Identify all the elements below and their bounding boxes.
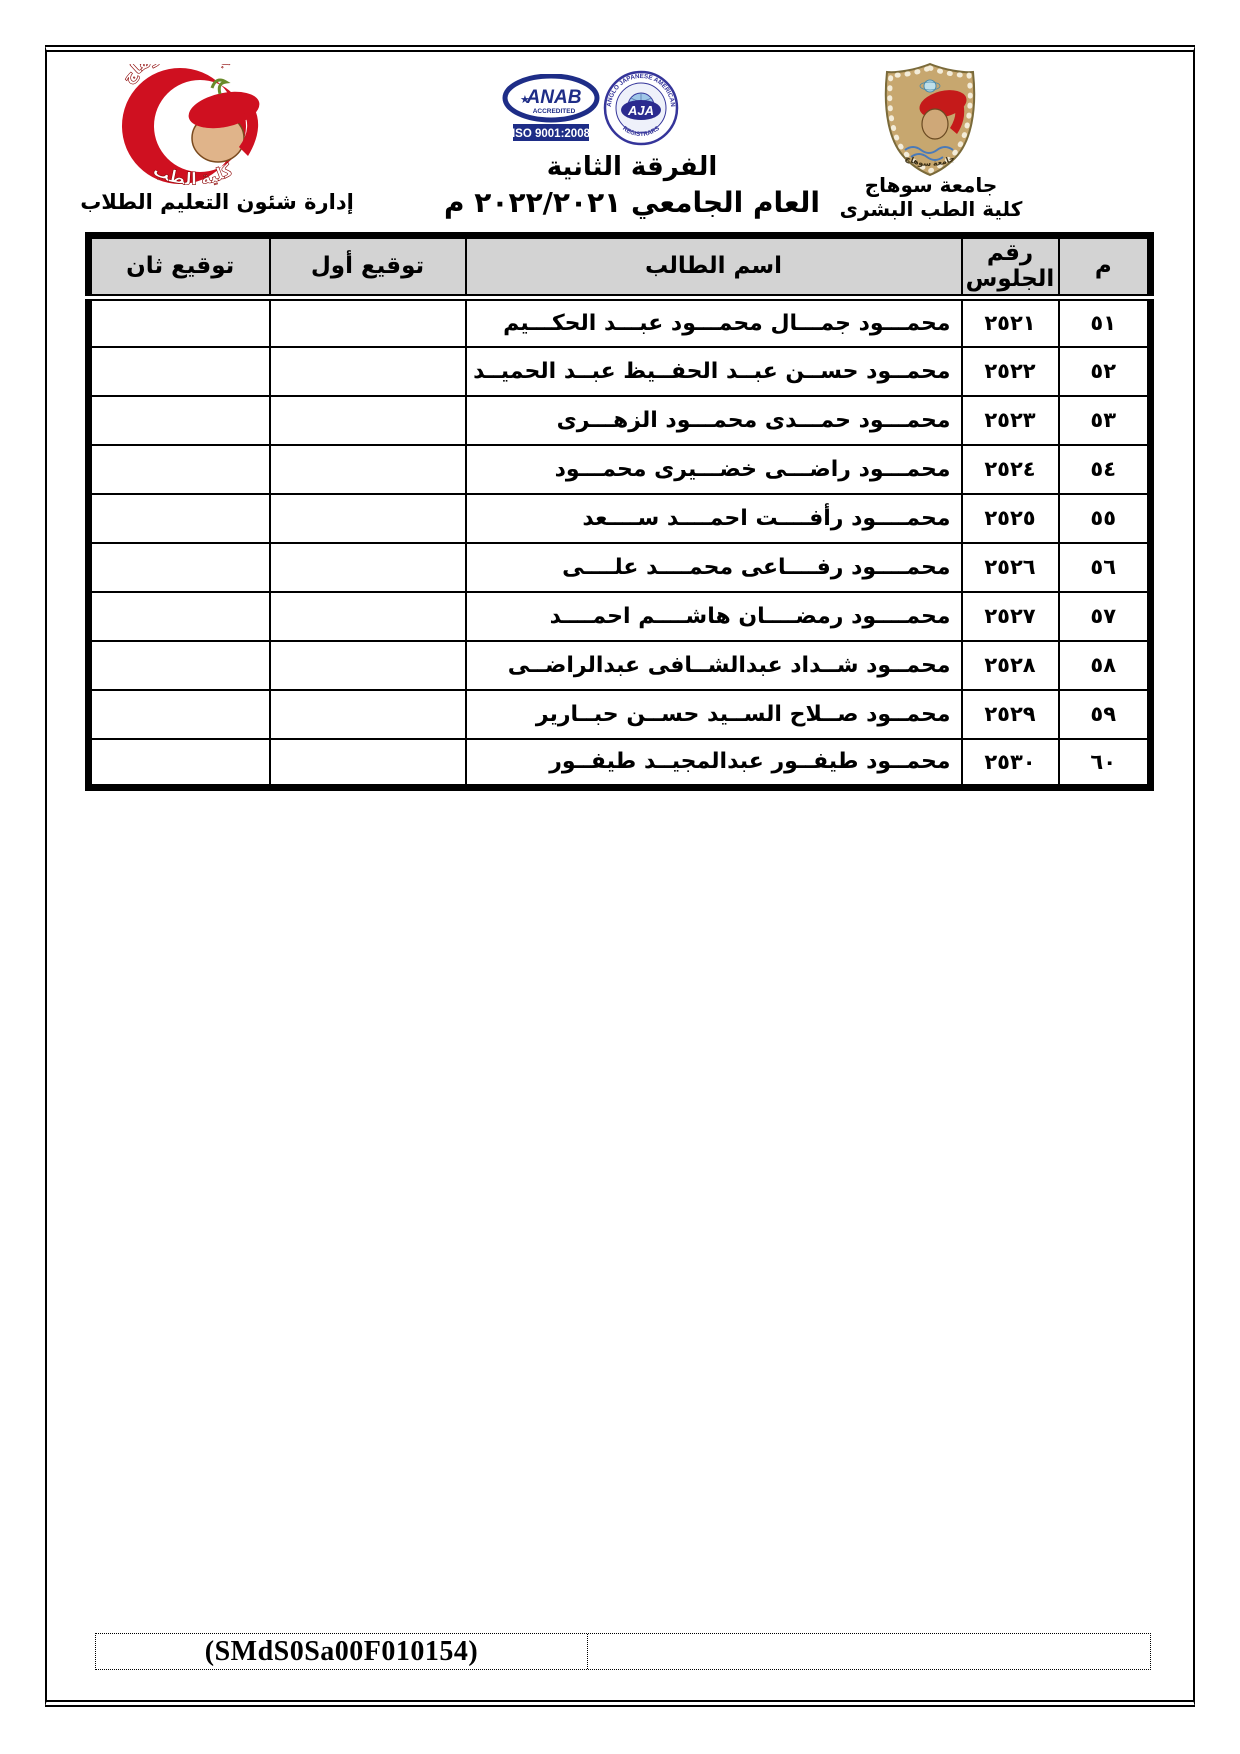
seat-number-cell: ٢٥٢٩ bbox=[962, 690, 1059, 739]
table-row: ٥٣ ٢٥٢٣ محمـــود حمـــدى محمـــود الزهــ… bbox=[89, 396, 1151, 445]
second-signature-cell bbox=[89, 690, 270, 739]
serial-cell: ٥٣ bbox=[1059, 396, 1151, 445]
student-name-cell: محمــــود رمضــــان هاشــــم احمــــد bbox=[466, 592, 962, 641]
first-signature-cell bbox=[270, 641, 466, 690]
table-row: ٥٤ ٢٥٢٤ محمـــود راضـــى خضـــيرى محمـــ… bbox=[89, 445, 1151, 494]
crescent-logo-bottom-text: كلية الطب bbox=[150, 160, 236, 188]
seat-number-cell: ٢٥٢٣ bbox=[962, 396, 1059, 445]
second-signature-cell bbox=[89, 592, 270, 641]
seat-number-cell: ٢٥٢٥ bbox=[962, 494, 1059, 543]
iso-text: ISO 9001:2008 bbox=[512, 128, 591, 140]
second-signature-cell bbox=[89, 298, 270, 347]
second-signature-cell bbox=[89, 494, 270, 543]
seat-number-cell: ٢٥٢٨ bbox=[962, 641, 1059, 690]
col-header-first-signature: توقيع أول bbox=[270, 236, 466, 298]
seat-number-cell: ٢٥٢٢ bbox=[962, 347, 1059, 396]
table-row: ٥٥ ٢٥٢٥ محمــــود رأفــــت احمــــد ســـ… bbox=[89, 494, 1151, 543]
col-header-student-name: اسم الطالب bbox=[466, 236, 962, 298]
seat-number-cell: ٢٥٣٠ bbox=[962, 739, 1059, 788]
serial-cell: ٥٨ bbox=[1059, 641, 1151, 690]
col-header-second-signature: توقيع ثان bbox=[89, 236, 270, 298]
student-name-cell: محمــود حســن عبــد الحفــيظ عبــد الحمي… bbox=[466, 347, 962, 396]
students-table: م رقم الجلوس اسم الطالب توقيع أول توقيع … bbox=[85, 232, 1154, 791]
second-signature-cell bbox=[89, 641, 270, 690]
student-name-cell: محمــــود رفــــاعى محمــــد علــــى bbox=[466, 543, 962, 592]
serial-cell: ٦٠ bbox=[1059, 739, 1151, 788]
table-row: ٦٠ ٢٥٣٠ محمــود طيفــور عبدالمجيــد طيفـ… bbox=[89, 739, 1151, 788]
second-signature-cell bbox=[89, 347, 270, 396]
table-row: ٥٦ ٢٥٢٦ محمــــود رفــــاعى محمــــد علـ… bbox=[89, 543, 1151, 592]
table-header-row: م رقم الجلوس اسم الطالب توقيع أول توقيع … bbox=[89, 236, 1151, 298]
university-name: جامعة سوهاج bbox=[825, 174, 1037, 196]
student-name-cell: محمــود طيفــور عبدالمجيــد طيفــور bbox=[466, 739, 962, 788]
first-signature-cell bbox=[270, 739, 466, 788]
first-signature-cell bbox=[270, 494, 466, 543]
second-signature-cell bbox=[89, 445, 270, 494]
second-signature-cell bbox=[89, 396, 270, 445]
serial-cell: ٥٧ bbox=[1059, 592, 1151, 641]
first-signature-cell bbox=[270, 592, 466, 641]
first-signature-cell bbox=[270, 298, 466, 347]
footer-code-box: (SMdS0Sa00F010154) bbox=[95, 1633, 1151, 1670]
seat-number-cell: ٢٥٢٧ bbox=[962, 592, 1059, 641]
academic-year-title: العام الجامعي ٢٠٢٢/٢٠٢١ م bbox=[442, 186, 822, 219]
faculty-name: كلية الطب البشرى bbox=[825, 198, 1037, 220]
second-signature-cell bbox=[89, 543, 270, 592]
student-name-cell: محمـــود حمـــدى محمـــود الزهـــرى bbox=[466, 396, 962, 445]
seat-number-cell: ٢٥٢٦ bbox=[962, 543, 1059, 592]
first-signature-cell bbox=[270, 347, 466, 396]
student-name-cell: محمــــود رأفــــت احمــــد ســــعد bbox=[466, 494, 962, 543]
anab-logo: ★ ANAB ACCREDITED ISO 9001:2008 bbox=[502, 74, 600, 144]
second-signature-cell bbox=[89, 739, 270, 788]
seat-number-cell: ٢٥٢٤ bbox=[962, 445, 1059, 494]
first-signature-cell bbox=[270, 690, 466, 739]
student-name-cell: محمـــود راضـــى خضـــيرى محمـــود bbox=[466, 445, 962, 494]
serial-cell: ٥١ bbox=[1059, 298, 1151, 347]
table-row: ٥٨ ٢٥٢٨ محمــود شــداد عبدالشــافى عبدال… bbox=[89, 641, 1151, 690]
table-row: ٥٢ ٢٥٢٢ محمــود حســن عبــد الحفــيظ عبـ… bbox=[89, 347, 1151, 396]
col-header-seat-number: رقم الجلوس bbox=[962, 236, 1059, 298]
grade-title: الفرقة الثانية bbox=[477, 152, 787, 182]
page-border-frame: جامعة سوهاج كلية الطب إدارة شئون التعليم… bbox=[45, 45, 1195, 1707]
aja-wordmark: AJA bbox=[627, 103, 654, 118]
footer-empty-cell bbox=[588, 1634, 1150, 1669]
table-row: ٥٩ ٢٥٢٩ محمــود صــلاح الســيد حســن حبـ… bbox=[89, 690, 1151, 739]
first-signature-cell bbox=[270, 543, 466, 592]
seat-number-cell: ٢٥٢١ bbox=[962, 298, 1059, 347]
sohag-university-shield-logo: جامعة سوهاج bbox=[875, 60, 985, 178]
aja-logo: AJA ANGLO JAPANESE AMERICAN REGISTRARS bbox=[603, 70, 679, 146]
sohag-medicine-crescent-logo: جامعة سوهاج كلية الطب bbox=[100, 64, 290, 189]
department-line: إدارة شئون التعليم الطلاب bbox=[67, 190, 367, 214]
serial-cell: ٥٩ bbox=[1059, 690, 1151, 739]
anab-wordmark: ANAB bbox=[526, 87, 582, 108]
table-row: ٥١ ٢٥٢١ محمـــود جمـــال محمـــود عبـــد… bbox=[89, 298, 1151, 347]
col-header-serial: م bbox=[1059, 236, 1151, 298]
serial-cell: ٥٥ bbox=[1059, 494, 1151, 543]
first-signature-cell bbox=[270, 396, 466, 445]
footer-code-cell: (SMdS0Sa00F010154) bbox=[96, 1634, 588, 1669]
student-name-cell: محمـــود جمـــال محمـــود عبـــد الحكـــ… bbox=[466, 298, 962, 347]
document-code: (SMdS0Sa00F010154) bbox=[205, 1636, 478, 1668]
serial-cell: ٥٢ bbox=[1059, 347, 1151, 396]
first-signature-cell bbox=[270, 445, 466, 494]
shield-pharaoh-face bbox=[922, 109, 948, 139]
student-name-cell: محمــود صــلاح الســيد حســن حبــارير bbox=[466, 690, 962, 739]
anab-accredited-text: ACCREDITED bbox=[533, 108, 576, 115]
student-name-cell: محمــود شــداد عبدالشــافى عبدالراضــى bbox=[466, 641, 962, 690]
table-row: ٥٧ ٢٥٢٧ محمــــود رمضــــان هاشــــم احم… bbox=[89, 592, 1151, 641]
serial-cell: ٥٤ bbox=[1059, 445, 1151, 494]
serial-cell: ٥٦ bbox=[1059, 543, 1151, 592]
